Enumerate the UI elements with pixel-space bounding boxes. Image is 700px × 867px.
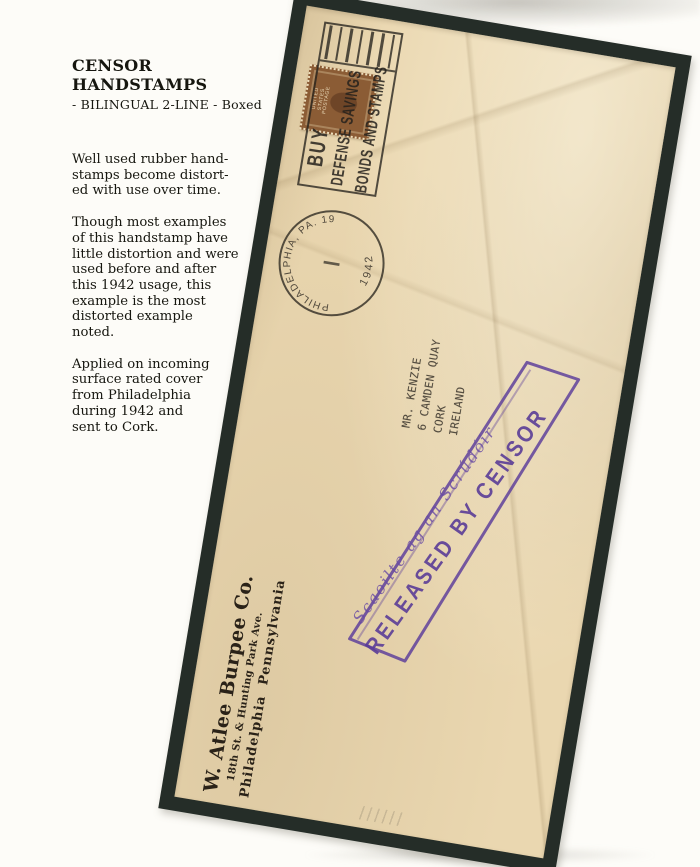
killer-bar — [366, 32, 374, 66]
postmark-cds: PHILADELPHIA, PA. 19 1942 — [266, 198, 397, 329]
svg-text:PHILADELPHIA, PA. 19: PHILADELPHIA, PA. 19 — [275, 207, 344, 313]
corner-card: W. Atlee Burpee Co. 18th St. & Hunting P… — [200, 538, 305, 800]
killer-bar — [335, 27, 343, 61]
caption-paragraph-2: Though most examples of this handstamp h… — [72, 215, 267, 341]
caption-subtitle: - BILINGUAL 2-LINE - Boxed — [72, 97, 267, 112]
exhibit-page: CENSOR HANDSTAMPS - BILINGUAL 2-LINE - B… — [0, 0, 700, 867]
pencil-marks — [355, 805, 403, 826]
killer-bar — [356, 30, 364, 64]
censor-english-line: RELEASED BY CENSOR — [361, 403, 554, 659]
caption-title: CENSOR HANDSTAMPS — [72, 56, 267, 94]
corner-card-text-block: W. Atlee Burpee Co. 18th St. & Hunting P… — [200, 538, 305, 800]
svg-text:1942: 1942 — [357, 251, 378, 289]
caption-paragraph-1: Well used rubber hand- stamps become dis… — [72, 152, 267, 199]
address-text-block: MR. KENZIE 6 CAMDEN QUAY CORK IRELAND — [399, 287, 490, 438]
killer-bar — [324, 25, 332, 59]
killer-bar — [345, 28, 353, 62]
killer-bar — [377, 33, 385, 67]
postmark-dial: PHILADELPHIA, PA. 19 1942 — [266, 198, 397, 329]
postmark-city-text: PHILADELPHIA, PA. 19 — [275, 207, 344, 313]
postmark-year-text: 1942 — [357, 251, 378, 289]
killer-bar — [387, 35, 395, 69]
machine-cancel-slogan-box: BUY DEFENSE SAVINGS BONDS AND STAMPS — [297, 21, 404, 197]
destination-address: MR. KENZIE 6 CAMDEN QUAY CORK IRELAND — [399, 287, 490, 438]
postmark-center-dash — [323, 261, 339, 266]
